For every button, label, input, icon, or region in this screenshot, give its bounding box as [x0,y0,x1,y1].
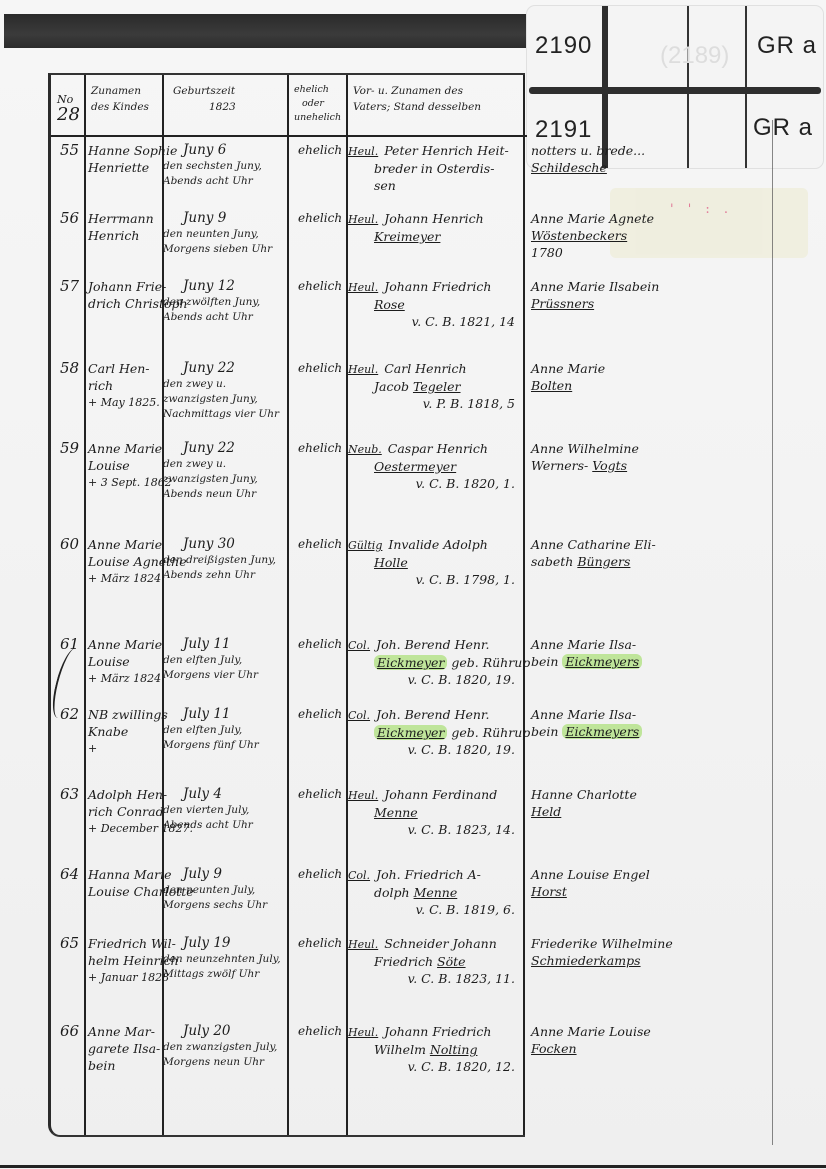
header-name: Zunamen des Kindes [91,83,149,115]
marriage-reference: v. C. B. 1820, 19. [348,741,523,758]
legitimacy: ehelich [298,866,342,883]
mother-line: Held [531,803,761,820]
mother-line: Anne Marie [531,360,761,377]
father-line: Menne [348,804,523,821]
father-line: Heul.Peter Henrich Heit- [348,142,523,160]
father-surname: Menne [414,885,458,900]
birth-date-short: Juny 22 [163,440,283,457]
child-name: Anne MarieLouise+ März 1824 [88,636,162,687]
birth-date-words: den dreißigsten Juny, Abends zehn Uhr [163,553,288,583]
birth-date-words: den neunten Juny, Morgens sieben Uhr [163,227,288,257]
mother-line: notters u. brede... [531,142,761,159]
marriage-reference: v. C. B. 1820, 12. [348,1058,523,1075]
mother-line: Schmiederkamps [531,952,761,969]
legitimacy: ehelich [298,278,342,295]
father-info: Heul.Carl HenrichJacob Tegelerv. P. B. 1… [348,360,523,412]
header-text: oder [294,97,341,111]
mother-info: Friederike WilhelmineSchmiederkamps [531,935,761,969]
father-status: Neub. [348,443,382,456]
mother-info: Anne Marie Ilsa-bein Eickmeyers [531,706,761,740]
legitimacy: ehelich [298,360,342,377]
page-number: 28 [57,104,80,125]
legitimacy: ehelich [298,636,342,653]
mother-line: sabeth Büngers [531,553,761,570]
name-line: Knabe [88,723,168,740]
mother-line: Anne Louise Engel [531,866,761,883]
name-line: Louise [88,653,162,670]
header-father: Vor- u. Zunamen des Vaters; Stand dessel… [353,83,481,115]
header-text: des Kindes [91,99,149,115]
mother-surname: Eickmeyers [562,724,642,739]
birth-date: Juny 12den zwölften Juny, Abends acht Uh… [163,278,283,325]
header-date: Geburtszeit 1823 [173,83,236,115]
label-id-2: 2191 [535,116,592,144]
mother-line: Anne Wilhelmine [531,440,761,457]
mother-line: Focken [531,1040,761,1057]
legitimacy: ehelich [298,706,342,723]
scan-dark-band [4,14,532,48]
father-info: Heul.Johann FerdinandMennev. C. B. 1823,… [348,786,523,838]
mother-surname: Prüssners [531,296,594,311]
mother-info: Anne MarieBolten [531,360,761,394]
father-line: Heul.Schneider Johann [348,935,523,953]
father-info: Heul.Johann HenrichKreimeyer [348,210,523,245]
marriage-reference: v. C. B. 1821, 14 [348,313,523,330]
father-line: Col.Joh. Friedrich A- [348,866,523,884]
mother-line: Schildesche [531,159,761,176]
father-status: Heul. [348,789,378,802]
entry-number: 61 [60,636,79,653]
column-rule [523,75,525,1135]
father-surname: Söte [437,954,466,969]
father-line: Eickmeyer geb. Rührup [348,724,523,741]
death-note: + [88,740,168,757]
father-info: Heul.Schneider JohannFriedrich Sötev. C.… [348,935,523,987]
child-name: HerrmannHenrich [88,210,154,244]
entry-number: 57 [60,278,79,295]
name-line: rich [88,377,160,394]
mother-line: Wöstenbeckers [531,227,761,244]
father-surname: Eickmeyer [374,725,447,740]
entry-number: 62 [60,706,79,723]
father-surname: Rose [374,297,405,312]
father-info: Neub.Caspar HenrichOestermeyerv. C. B. 1… [348,440,523,492]
birth-date: Juny 22den zwey u. zwanzigsten Juny, Abe… [163,440,283,502]
father-line: Heul.Johann Friedrich [348,278,523,296]
mother-info: Anne Marie Ilsa-bein Eickmeyers [531,636,761,670]
mother-surname: Büngers [577,554,630,569]
marriage-reference: v. C. B. 1819, 6. [348,901,523,918]
birth-date-short: Juny 9 [163,210,283,227]
birth-date: Juny 30den dreißigsten Juny, Abends zehn… [163,536,283,583]
birth-date: July 11den elften July, Morgens fünf Uhr [163,706,283,753]
father-status: Heul. [348,1026,378,1039]
marriage-reference: v. C. B. 1820, 1. [348,475,523,492]
father-status: Heul. [348,145,378,158]
father-status: Heul. [348,363,378,376]
child-name: Anne MarieLouise+ 3 Sept. 1862 [88,440,172,491]
mother-line: Prüssners [531,295,761,312]
scanned-page: 2190 (2189) GR a 2191 GR a ' ' : . No 28… [0,0,826,1169]
marriage-reference: v. C. B. 1823, 11. [348,970,523,987]
mother-surname: Wöstenbeckers [531,228,627,243]
label-code-1: GR a [757,32,817,60]
mother-surname: Vogts [592,458,627,473]
father-status: Gültig [348,539,382,552]
header-text: unehelich [294,111,341,125]
name-line: Louise [88,457,172,474]
birth-date-short: Juny 30 [163,536,283,553]
father-line: Kreimeyer [348,228,523,245]
legitimacy: ehelich [298,1023,342,1040]
mother-line: Anne Marie Louise [531,1023,761,1040]
header-text: Zunamen [91,83,149,99]
birth-date-short: July 11 [163,636,283,653]
name-line: Anne Mar- [88,1023,160,1040]
mother-surname: Bolten [531,378,572,393]
legitimacy: ehelich [298,935,342,952]
death-note: + 3 Sept. 1862 [88,474,172,491]
mother-line: Anne Catharine Eli- [531,536,761,553]
mother-line: Anne Marie Ilsabein [531,278,761,295]
birth-date-words: den vierten July, Abends acht Uhr [163,803,288,833]
mother-surname: Held [531,804,561,819]
mother-line: Anne Marie Agnete [531,210,761,227]
father-status: Col. [348,639,370,652]
father-info: Col.Joh. Berend Henr.Eickmeyer geb. Rühr… [348,706,523,758]
mother-surname: Horst [531,884,567,899]
father-info: GültigInvalide AdolphHollev. C. B. 1798,… [348,536,523,588]
header-text: Vaters; Stand desselben [353,99,481,115]
legitimacy: ehelich [298,142,342,159]
mother-surname: Focken [531,1041,577,1056]
mother-line: Anne Marie Ilsa- [531,706,761,723]
birth-date: Juny 22den zwey u. zwanzigsten Juny, Nac… [163,360,283,422]
father-status: Heul. [348,281,378,294]
birth-date-short: July 9 [163,866,283,883]
mother-line: Horst [531,883,761,900]
birth-date-words: den elften July, Morgens fünf Uhr [163,723,288,753]
marriage-reference: v. C. B. 1798, 1. [348,571,523,588]
legitimacy: ehelich [298,536,342,553]
legitimacy: ehelich [298,440,342,457]
death-note: + May 1825. [88,394,160,411]
mother-info: notters u. brede...Schildesche [531,142,761,176]
birth-date: July 4den vierten July, Abends acht Uhr [163,786,283,833]
name-line: garete Ilsa- [88,1040,160,1057]
entry-number: 56 [60,210,79,227]
father-line: Friedrich Söte [348,953,523,970]
child-name: Carl Hen-rich+ May 1825. [88,360,160,411]
father-line: Jacob Tegeler [348,378,523,395]
father-line: Heul.Carl Henrich [348,360,523,378]
label-faint-ref: (2189) [660,42,729,70]
birth-date-short: July 19 [163,935,283,952]
mother-line: bein Eickmeyers [531,653,761,670]
entry-number: 60 [60,536,79,553]
father-surname: Eickmeyer [374,655,447,670]
birth-date-words: den neunten July, Morgens sechs Uhr [163,883,288,913]
child-name: Anne Mar-garete Ilsa-bein [88,1023,160,1074]
entry-number: 66 [60,1023,79,1040]
father-line: Heul.Johann Ferdinand [348,786,523,804]
birth-date-words: den zwölften Juny, Abends acht Uhr [163,295,288,325]
marriage-reference: v. P. B. 1818, 5 [348,395,523,412]
scan-edge [0,1165,826,1168]
father-info: Heul.Johann FriedrichWilhelm Noltingv. C… [348,1023,523,1075]
birth-date-short: July 11 [163,706,283,723]
card-divider [529,87,821,94]
father-line: Neub.Caspar Henrich [348,440,523,458]
name-line: Henrich [88,227,154,244]
label-code-2: GR a [753,114,813,142]
father-info: Col.Joh. Friedrich A-dolph Mennev. C. B.… [348,866,523,918]
mother-info: Anne Marie LouiseFocken [531,1023,761,1057]
father-info: Col.Joh. Berend Henr.Eickmeyer geb. Rühr… [348,636,523,688]
birth-date-words: den neunzehnten July, Mittags zwölf Uhr [163,952,288,982]
father-line: Eickmeyer geb. Rührup [348,654,523,671]
birth-date: Juny 6den sechsten Juny, Abends acht Uhr [163,142,283,189]
header-text: Vor- u. Zunamen des [353,83,481,99]
header-rule [51,135,527,137]
father-status: Heul. [348,938,378,951]
birth-date-short: Juny 12 [163,278,283,295]
entry-number: 55 [60,142,79,159]
father-line: sen [348,177,523,194]
father-surname: Oestermeyer [374,459,456,474]
mother-info: Anne Marie AgneteWöstenbeckers1780 [531,210,761,261]
birth-date-words: den zwey u. zwanzigsten Juny, Nachmittag… [163,377,288,422]
label-id-1: 2190 [535,32,592,60]
header-text: Geburtszeit [173,83,236,99]
birth-date: July 9den neunten July, Morgens sechs Uh… [163,866,283,913]
header-legit: ehelich oder unehelich [294,83,341,125]
father-line: Holle [348,554,523,571]
mother-line: Friederike Wilhelmine [531,935,761,952]
mother-line: bein Eickmeyers [531,723,761,740]
legitimacy: ehelich [298,786,342,803]
birth-date: July 20den zwanzigsten July, Morgens neu… [163,1023,283,1070]
father-surname: Menne [374,805,418,820]
name-line: NB zwillings [88,706,168,723]
mother-line: Hanne Charlotte [531,786,761,803]
birth-date: July 19den neunzehnten July, Mittags zwö… [163,935,283,982]
mother-info: Anne Marie IlsabeinPrüssners [531,278,761,312]
mother-line: 1780 [531,244,761,261]
child-name: NB zwillingsKnabe+ [88,706,168,757]
birth-date: July 11den elften July, Morgens vier Uhr [163,636,283,683]
father-info: Heul.Johann FriedrichRosev. C. B. 1821, … [348,278,523,330]
entry-number: 58 [60,360,79,377]
marriage-reference: v. C. B. 1820, 19. [348,671,523,688]
name-line: Anne Marie [88,440,172,457]
father-status: Col. [348,709,370,722]
father-line: breder in Osterdis- [348,160,523,177]
name-line: Herrmann [88,210,154,227]
column-rule [84,75,86,1135]
birth-date-words: den zwey u. zwanzigsten Juny, Abends neu… [163,457,288,502]
father-surname: Nolting [430,1042,478,1057]
birth-date-words: den sechsten Juny, Abends acht Uhr [163,159,288,189]
legitimacy: ehelich [298,210,342,227]
father-status: Heul. [348,213,378,226]
entry-number: 65 [60,935,79,952]
mother-surname: Schildesche [531,160,607,175]
father-line: Rose [348,296,523,313]
father-surname: Kreimeyer [374,229,440,244]
mother-line: Werners- Vogts [531,457,761,474]
father-line: Col.Joh. Berend Henr. [348,636,523,654]
entry-number: 64 [60,866,79,883]
marriage-reference: v. C. B. 1823, 14. [348,821,523,838]
father-surname: Holle [374,555,408,570]
header-no: No 28 [57,93,80,125]
father-line: Heul.Johann Henrich [348,210,523,228]
mother-line: Bolten [531,377,761,394]
mother-surname: Schmiederkamps [531,953,641,968]
header-text: ehelich [294,83,341,97]
birth-date: Juny 9den neunten Juny, Morgens sieben U… [163,210,283,257]
birth-date-short: Juny 22 [163,360,283,377]
mother-info: Anne Catharine Eli-sabeth Büngers [531,536,761,570]
father-surname: Tegeler [413,379,461,394]
name-line: bein [88,1057,160,1074]
header-year: 1823 [173,99,236,115]
father-line: GültigInvalide Adolph [348,536,523,554]
birth-date-short: July 20 [163,1023,283,1040]
birth-date-short: July 4 [163,786,283,803]
birth-date-words: den zwanzigsten July, Morgens neun Uhr [163,1040,288,1070]
father-line: dolph Menne [348,884,523,901]
father-line: Col.Joh. Berend Henr. [348,706,523,724]
entry-number: 63 [60,786,79,803]
name-line: Anne Marie [88,636,162,653]
entry-number: 59 [60,440,79,457]
father-line: Oestermeyer [348,458,523,475]
father-line: Wilhelm Nolting [348,1041,523,1058]
birth-date-words: den elften July, Morgens vier Uhr [163,653,288,683]
father-info: Heul.Peter Henrich Heit-breder in Osterd… [348,142,523,194]
mother-line: Anne Marie Ilsa- [531,636,761,653]
mother-info: Anne WilhelmineWerners- Vogts [531,440,761,474]
birth-date-short: Juny 6 [163,142,283,159]
name-line: Carl Hen- [88,360,160,377]
mother-surname: Eickmeyers [562,654,642,669]
margin-rule [772,120,773,1145]
father-line: Heul.Johann Friedrich [348,1023,523,1041]
mother-info: Anne Louise EngelHorst [531,866,761,900]
mother-info: Hanne CharlotteHeld [531,786,761,820]
father-status: Col. [348,869,370,882]
death-note: + März 1824 [88,670,162,687]
